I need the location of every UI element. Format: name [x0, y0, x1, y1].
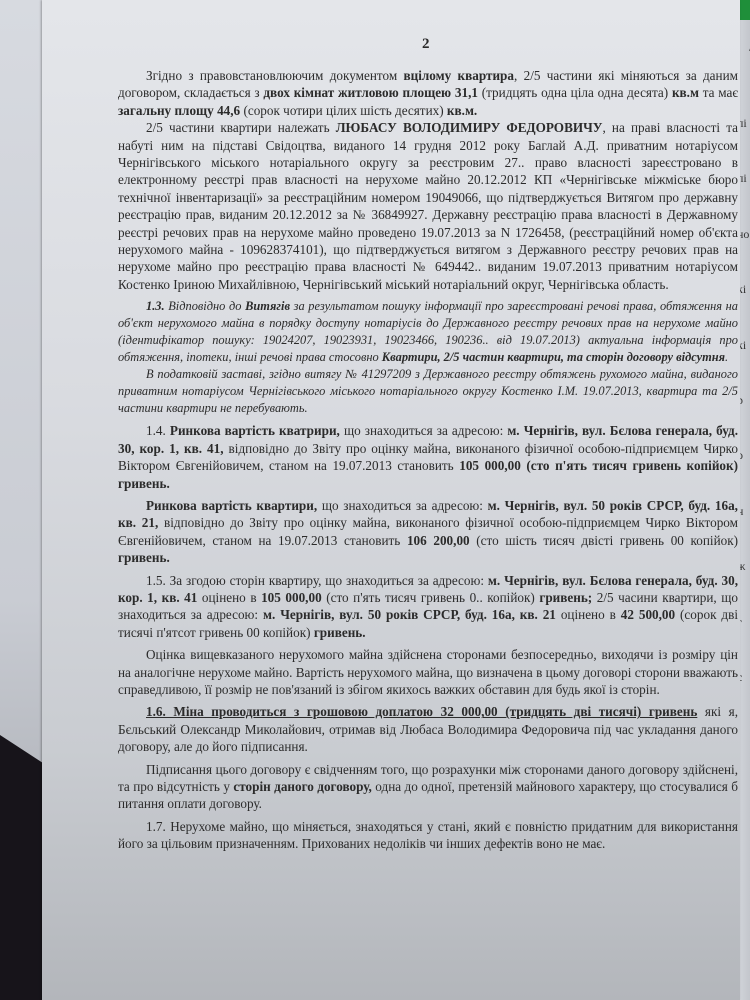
text-segment: Ринкова вартість квартири,	[146, 498, 317, 513]
text-segment: загальну площу 44,6	[118, 103, 240, 118]
text-segment: Згідно з правовстановлюючим документом	[146, 68, 404, 83]
text-segment: кв.м	[672, 85, 699, 100]
text-segment: та має	[699, 85, 738, 100]
text-segment: 2/5 частини квартири належать	[146, 120, 336, 135]
text-segment: оцінено в	[197, 590, 261, 605]
text-segment: гривень;	[539, 590, 592, 605]
text-segment: 105 000,00	[261, 590, 322, 605]
text-segment: Відповідно до	[168, 299, 245, 313]
document-body: Згідно з правовстановлюючим документом в…	[118, 67, 738, 853]
text-segment: (тридцять одна ціла одна десята)	[478, 85, 672, 100]
paragraph-p7: 1.5. За згодою сторін квартиру, що знахо…	[118, 572, 738, 642]
text-segment: 1.3.	[146, 299, 168, 313]
paragraph-p5: 1.4. Ринкова вартість кватрири, що знахо…	[118, 422, 738, 492]
text-segment: 1.4.	[146, 423, 170, 438]
text-segment: вцілому квартира	[404, 68, 515, 83]
text-segment: що знаходиться за адресою:	[317, 498, 487, 513]
text-segment: двох кімнат житловою площею 31,1	[263, 85, 478, 100]
text-segment: ЛЮБАСУ ВОЛОДИМИРУ ФЕДОРОВИЧУ	[336, 120, 603, 135]
text-segment: 1.7. Нерухоме майно, що міняється, знахо…	[118, 819, 738, 851]
dark-object	[0, 735, 46, 1000]
paragraph-p4: В податковій заставі, згідно витягу № 41…	[118, 366, 738, 417]
text-segment: 106 200,00	[407, 533, 470, 548]
text-segment: 1.6. Міна проводиться з грошовою доплато…	[146, 704, 697, 719]
text-segment: , на праві власності та набуті ним на пі…	[118, 120, 738, 292]
paragraph-p8: Оцінка вищевказаного нерухомого майна зд…	[118, 646, 738, 698]
paragraph-p3: 1.3. Відповідно до Витягів за результато…	[118, 298, 738, 366]
text-segment: оцінено в	[556, 607, 621, 622]
text-segment: (сто п'ять тисяч гривень 0.. копійок)	[322, 590, 540, 605]
text-segment: Витягів	[245, 299, 290, 313]
paragraph-p11: 1.7. Нерухоме майно, що міняється, знахо…	[118, 818, 738, 853]
page-number: 2	[422, 36, 430, 53]
text-segment: що знаходиться за адресою:	[340, 423, 507, 438]
text-segment: м. Чернігів, вул. 50 років СРСР, буд. 16…	[263, 607, 556, 622]
text-segment: .	[725, 350, 728, 364]
paragraph-p10: Підписання цього договору є свідченням т…	[118, 761, 738, 813]
text-segment: Квартири, 2/5 частин квартири, та сторін…	[382, 350, 725, 364]
text-segment: сторін даного договору,	[233, 779, 371, 794]
paragraph-p2: 2/5 частини квартири належать ЛЮБАСУ ВОЛ…	[118, 119, 738, 293]
text-segment: кв.м.	[447, 103, 477, 118]
text-segment: Ринкова вартість кватрири,	[170, 423, 340, 438]
text-segment: (сорок чотири цілих шість десятих)	[240, 103, 447, 118]
text-segment: гривень.	[118, 550, 170, 565]
paragraph-p1: Згідно з правовстановлюючим документом в…	[118, 67, 738, 119]
paragraph-p9: 1.6. Міна проводиться з грошовою доплато…	[118, 703, 738, 755]
text-segment: Оцінка вищевказаного нерухомого майна зд…	[118, 647, 738, 697]
text-segment: В податковій заставі, згідно витягу № 41…	[118, 367, 738, 415]
text-segment: гривень.	[314, 625, 366, 640]
text-segment: 42 500,00	[621, 607, 675, 622]
text-segment: 1.5. За згодою сторін квартиру, що знахо…	[146, 573, 488, 588]
paragraph-p6: Ринкова вартість квартири, що знаходитьс…	[118, 497, 738, 567]
text-segment: (сто шість тисяч двісті гривень 00 копій…	[470, 533, 738, 548]
